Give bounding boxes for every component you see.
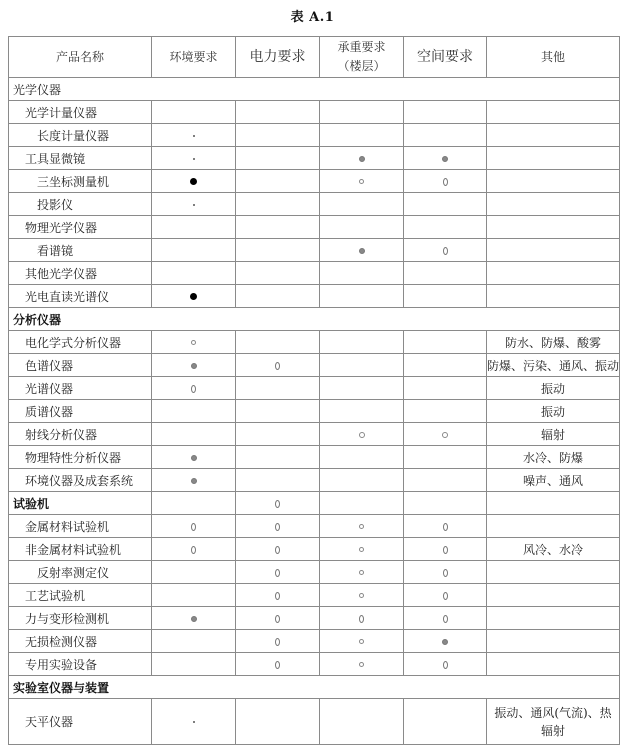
cell-load-bearing: [320, 492, 404, 515]
section-title: 光学仪器: [9, 78, 620, 101]
section-title: 分析仪器: [9, 308, 620, 331]
oval-zero-icon: [191, 385, 196, 393]
cell-load-bearing: [320, 699, 404, 745]
cell-power: [236, 101, 320, 124]
cell-power: [236, 584, 320, 607]
product-name: 光谱仪器: [9, 377, 152, 400]
header-load-bearing: 承重要求 （楼层）: [320, 37, 404, 78]
cell-environment: [152, 538, 236, 561]
cell-space: [404, 699, 487, 745]
cell-environment: [152, 101, 236, 124]
cell-load-bearing: [320, 630, 404, 653]
cell-space: [404, 561, 487, 584]
cell-power: [236, 124, 320, 147]
cell-other: [487, 285, 620, 308]
cell-other: 防爆、污染、通风、振动: [487, 354, 620, 377]
cell-environment: [152, 124, 236, 147]
cell-power: [236, 331, 320, 354]
product-name: 天平仪器: [9, 699, 152, 745]
gray-filled-dot-icon: [359, 248, 365, 254]
cell-power: [236, 423, 320, 446]
cell-environment: [152, 285, 236, 308]
oval-zero-icon: [443, 178, 448, 186]
cell-environment: [152, 699, 236, 745]
cell-space: [404, 469, 487, 492]
product-name: 无损检测仪器: [9, 630, 152, 653]
cell-other: [487, 262, 620, 285]
product-name: 射线分析仪器: [9, 423, 152, 446]
cell-space: [404, 515, 487, 538]
cell-other: [487, 561, 620, 584]
oval-zero-icon: [275, 500, 280, 508]
table-row: 环境仪器及成套系统噪声、通风: [9, 469, 620, 492]
oval-zero-icon: [275, 569, 280, 577]
cell-other: [487, 584, 620, 607]
table-row: 金属材料试验机: [9, 515, 620, 538]
cell-power: [236, 446, 320, 469]
cell-power: [236, 469, 320, 492]
cell-environment: [152, 607, 236, 630]
product-name: 工艺试验机: [9, 584, 152, 607]
cell-power: [236, 170, 320, 193]
cell-environment: [152, 492, 236, 515]
cell-environment: [152, 423, 236, 446]
table-row: 专用实验设备: [9, 653, 620, 676]
cell-power: [236, 653, 320, 676]
product-name: 电化学式分析仪器: [9, 331, 152, 354]
cell-power: [236, 630, 320, 653]
cell-environment: [152, 193, 236, 216]
cell-space: [404, 423, 487, 446]
header-power: 电力要求: [236, 37, 320, 78]
requirements-table: 产品名称 环境要求 电力要求 承重要求 （楼层） 空间要求 其他 光学仪器光学计…: [8, 36, 620, 745]
cell-load-bearing: [320, 331, 404, 354]
cell-load-bearing: [320, 561, 404, 584]
cell-other: 振动、通风(气流)、热辐射: [487, 699, 620, 745]
table-row: 三坐标测量机: [9, 170, 620, 193]
table-row: 色谱仪器防爆、污染、通风、振动: [9, 354, 620, 377]
oval-zero-icon: [443, 546, 448, 554]
product-name: 反射率测定仪: [9, 561, 152, 584]
product-name: 非金属材料试验机: [9, 538, 152, 561]
table-row: 光电直读光谱仪: [9, 285, 620, 308]
cell-environment: [152, 354, 236, 377]
product-name: 色谱仪器: [9, 354, 152, 377]
cell-power: [236, 515, 320, 538]
cell-other: 防水、防爆、酸雾: [487, 331, 620, 354]
small-hollow-circle-icon: [191, 340, 196, 345]
small-hollow-circle-icon: [359, 547, 364, 552]
oval-zero-icon: [275, 546, 280, 554]
cell-other: 辐射: [487, 423, 620, 446]
cell-power: [236, 216, 320, 239]
oval-zero-icon: [443, 247, 448, 255]
cell-environment: [152, 377, 236, 400]
large-black-dot-icon: [190, 293, 197, 300]
cell-load-bearing: [320, 423, 404, 446]
gray-filled-dot-icon: [359, 156, 365, 162]
cell-load-bearing: [320, 285, 404, 308]
cell-other: [487, 170, 620, 193]
cell-space: [404, 492, 487, 515]
cell-other: [487, 147, 620, 170]
header-other: 其他: [487, 37, 620, 78]
product-name: 金属材料试验机: [9, 515, 152, 538]
cell-space: [404, 239, 487, 262]
product-name: 专用实验设备: [9, 653, 152, 676]
oval-zero-icon: [443, 592, 448, 600]
section-row: 分析仪器: [9, 308, 620, 331]
section-title: 实验室仪器与装置: [9, 676, 620, 699]
cell-space: [404, 653, 487, 676]
table-row: 天平仪器振动、通风(气流)、热辐射: [9, 699, 620, 745]
oval-zero-icon: [443, 523, 448, 531]
cell-power: [236, 354, 320, 377]
product-name: 物理特性分析仪器: [9, 446, 152, 469]
small-dot-icon: [193, 135, 195, 137]
gray-filled-dot-icon: [191, 616, 197, 622]
table-row: 非金属材料试验机风冷、水冷: [9, 538, 620, 561]
gray-ring-icon: [359, 432, 365, 438]
oval-zero-icon: [191, 546, 196, 554]
cell-load-bearing: [320, 515, 404, 538]
gray-filled-dot-icon: [442, 639, 448, 645]
cell-environment: [152, 469, 236, 492]
small-hollow-circle-icon: [359, 524, 364, 529]
table-row: 射线分析仪器辐射: [9, 423, 620, 446]
oval-zero-icon: [275, 661, 280, 669]
cell-power: [236, 607, 320, 630]
cell-other: [487, 239, 620, 262]
cell-space: [404, 262, 487, 285]
cell-space: [404, 377, 487, 400]
cell-load-bearing: [320, 377, 404, 400]
cell-environment: [152, 515, 236, 538]
small-hollow-circle-icon: [359, 570, 364, 575]
cell-load-bearing: [320, 193, 404, 216]
table-row: 长度计量仪器: [9, 124, 620, 147]
cell-space: [404, 354, 487, 377]
product-name: 环境仪器及成套系统: [9, 469, 152, 492]
cell-load-bearing: [320, 584, 404, 607]
cell-environment: [152, 170, 236, 193]
small-hollow-circle-icon: [359, 593, 364, 598]
table-row: 光学计量仪器: [9, 101, 620, 124]
cell-environment: [152, 584, 236, 607]
large-black-dot-icon: [190, 178, 197, 185]
oval-zero-icon: [359, 615, 364, 623]
table-row: 质谱仪器振动: [9, 400, 620, 423]
small-dot-icon: [193, 721, 195, 723]
cell-other: [487, 607, 620, 630]
header-environment: 环境要求: [152, 37, 236, 78]
oval-zero-icon: [191, 523, 196, 531]
cell-power: [236, 285, 320, 308]
cell-other: [487, 193, 620, 216]
cell-load-bearing: [320, 538, 404, 561]
cell-power: [236, 193, 320, 216]
cell-space: [404, 584, 487, 607]
cell-other: [487, 124, 620, 147]
cell-space: [404, 607, 487, 630]
cell-other: 风冷、水冷: [487, 538, 620, 561]
cell-power: [236, 699, 320, 745]
table-caption: 表 A.1: [0, 6, 625, 25]
cell-other: [487, 515, 620, 538]
cell-other: [487, 492, 620, 515]
table-row: 试验机: [9, 492, 620, 515]
cell-other: [487, 101, 620, 124]
cell-other: 噪声、通风: [487, 469, 620, 492]
product-name: 其他光学仪器: [9, 262, 152, 285]
cell-power: [236, 538, 320, 561]
gray-filled-dot-icon: [191, 478, 197, 484]
cell-environment: [152, 239, 236, 262]
cell-load-bearing: [320, 607, 404, 630]
table-row: 投影仪: [9, 193, 620, 216]
cell-environment: [152, 653, 236, 676]
cell-other: 振动: [487, 400, 620, 423]
product-name: 光电直读光谱仪: [9, 285, 152, 308]
product-name: 力与变形检测机: [9, 607, 152, 630]
cell-environment: [152, 446, 236, 469]
cell-power: [236, 239, 320, 262]
section-row: 实验室仪器与装置: [9, 676, 620, 699]
small-dot-icon: [193, 158, 195, 160]
oval-zero-icon: [443, 661, 448, 669]
product-name: 投影仪: [9, 193, 152, 216]
cell-load-bearing: [320, 469, 404, 492]
cell-load-bearing: [320, 446, 404, 469]
header-load-line2: （楼层）: [320, 57, 403, 76]
cell-load-bearing: [320, 262, 404, 285]
oval-zero-icon: [275, 592, 280, 600]
small-hollow-circle-icon: [359, 639, 364, 644]
product-name: 质谱仪器: [9, 400, 152, 423]
cell-power: [236, 262, 320, 285]
cell-space: [404, 331, 487, 354]
cell-environment: [152, 561, 236, 584]
table-row: 看谱镜: [9, 239, 620, 262]
product-name: 光学计量仪器: [9, 101, 152, 124]
cell-load-bearing: [320, 354, 404, 377]
cell-environment: [152, 400, 236, 423]
cell-environment: [152, 331, 236, 354]
table-row: 电化学式分析仪器防水、防爆、酸雾: [9, 331, 620, 354]
product-name: 工具显微镜: [9, 147, 152, 170]
cell-space: [404, 101, 487, 124]
cell-power: [236, 147, 320, 170]
product-name: 看谱镜: [9, 239, 152, 262]
cell-environment: [152, 147, 236, 170]
cell-other: 水冷、防爆: [487, 446, 620, 469]
table-row: 工具显微镜: [9, 147, 620, 170]
gray-filled-dot-icon: [191, 363, 197, 369]
cell-space: [404, 538, 487, 561]
small-hollow-circle-icon: [359, 662, 364, 667]
cell-load-bearing: [320, 400, 404, 423]
gray-filled-dot-icon: [442, 156, 448, 162]
cell-other: [487, 630, 620, 653]
cell-load-bearing: [320, 216, 404, 239]
cell-other: [487, 216, 620, 239]
cell-space: [404, 193, 487, 216]
cell-environment: [152, 262, 236, 285]
oval-zero-icon: [443, 615, 448, 623]
oval-zero-icon: [275, 615, 280, 623]
small-hollow-circle-icon: [359, 179, 364, 184]
product-name: 三坐标测量机: [9, 170, 152, 193]
cell-power: [236, 561, 320, 584]
gray-filled-dot-icon: [191, 455, 197, 461]
cell-power: [236, 400, 320, 423]
cell-load-bearing: [320, 653, 404, 676]
header-load-line1: 承重要求: [320, 38, 403, 57]
table-row: 光谱仪器振动: [9, 377, 620, 400]
product-name: 长度计量仪器: [9, 124, 152, 147]
oval-zero-icon: [275, 362, 280, 370]
oval-zero-icon: [275, 638, 280, 646]
table-row: 物理特性分析仪器水冷、防爆: [9, 446, 620, 469]
cell-power: [236, 492, 320, 515]
cell-other: 振动: [487, 377, 620, 400]
table-row: 工艺试验机: [9, 584, 620, 607]
cell-space: [404, 170, 487, 193]
cell-space: [404, 147, 487, 170]
small-dot-icon: [193, 204, 195, 206]
table-row: 物理光学仪器: [9, 216, 620, 239]
cell-space: [404, 124, 487, 147]
cell-space: [404, 285, 487, 308]
table-row: 反射率测定仪: [9, 561, 620, 584]
cell-load-bearing: [320, 239, 404, 262]
cell-environment: [152, 630, 236, 653]
cell-environment: [152, 216, 236, 239]
oval-zero-icon: [443, 569, 448, 577]
cell-space: [404, 400, 487, 423]
table-row: 其他光学仪器: [9, 262, 620, 285]
cell-space: [404, 630, 487, 653]
cell-load-bearing: [320, 147, 404, 170]
product-name: 试验机: [9, 492, 152, 515]
cell-power: [236, 377, 320, 400]
oval-zero-icon: [275, 523, 280, 531]
section-row: 光学仪器: [9, 78, 620, 101]
cell-load-bearing: [320, 170, 404, 193]
header-space: 空间要求: [404, 37, 487, 78]
table-row: 无损检测仪器: [9, 630, 620, 653]
cell-other: [487, 653, 620, 676]
cell-load-bearing: [320, 101, 404, 124]
header-product-name: 产品名称: [9, 37, 152, 78]
product-name: 物理光学仪器: [9, 216, 152, 239]
cell-space: [404, 446, 487, 469]
cell-load-bearing: [320, 124, 404, 147]
table-row: 力与变形检测机: [9, 607, 620, 630]
header-row: 产品名称 环境要求 电力要求 承重要求 （楼层） 空间要求 其他: [9, 37, 620, 78]
gray-ring-icon: [442, 432, 448, 438]
cell-space: [404, 216, 487, 239]
